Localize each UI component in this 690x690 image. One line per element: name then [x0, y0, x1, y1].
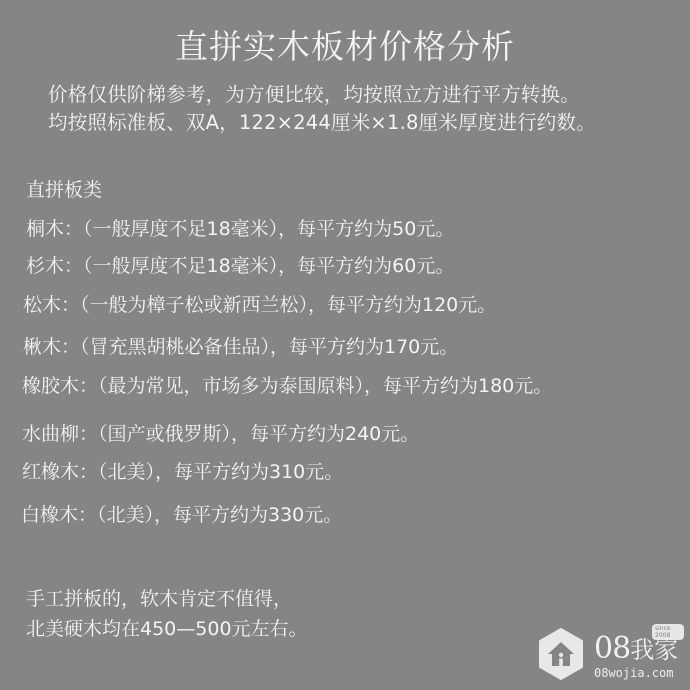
- footnote-line-2: 北美硬木均在450—500元左右。: [26, 620, 308, 639]
- list-item: 松木：（一般为樟子松或新西兰松），每平方约为120元。: [23, 296, 496, 315]
- list-item: 杉木：（一般厚度不足18毫米），每平方约为60元。: [26, 257, 454, 276]
- subtitle-line-2: 均按照标准板、双A，122×244厘米×1.8厘米厚度进行约数。: [48, 113, 596, 133]
- list-item: 楸木：（冒充黑胡桃必备佳品），每平方约为170元。: [23, 338, 458, 357]
- list-item: 桐木：（一般厚度不足18毫米），每平方约为50元。: [26, 220, 454, 239]
- list-item: 红橡木：（北美），每平方约为310元。: [22, 463, 343, 482]
- list-item: 白橡木：（北美），每平方约为330元。: [21, 506, 342, 525]
- page-title: 直拼实木板材价格分析: [0, 30, 690, 63]
- brand-name: 08我家: [594, 630, 678, 666]
- list-item: 橡胶木：（最为常见，市场多为泰国原料），每平方约为180元。: [22, 377, 552, 396]
- brand-domain: 08wojia.com: [594, 666, 673, 680]
- subtitle-line-1: 价格仅供阶梯参考，为方便比较，均按照立方进行平方转换。: [48, 85, 580, 105]
- footnote-line-1: 手工拼板的，软木肯定不值得，: [26, 590, 292, 609]
- brand-chinese: 我家: [630, 636, 678, 664]
- brand-number: 08: [594, 631, 630, 666]
- house-icon: [538, 628, 584, 680]
- watermark-logo: since 2008 08我家 08wojia.com: [534, 624, 684, 684]
- section-heading: 直拼板类: [26, 181, 102, 200]
- list-item: 水曲柳：（国产或俄罗斯），每平方约为240元。: [22, 425, 419, 444]
